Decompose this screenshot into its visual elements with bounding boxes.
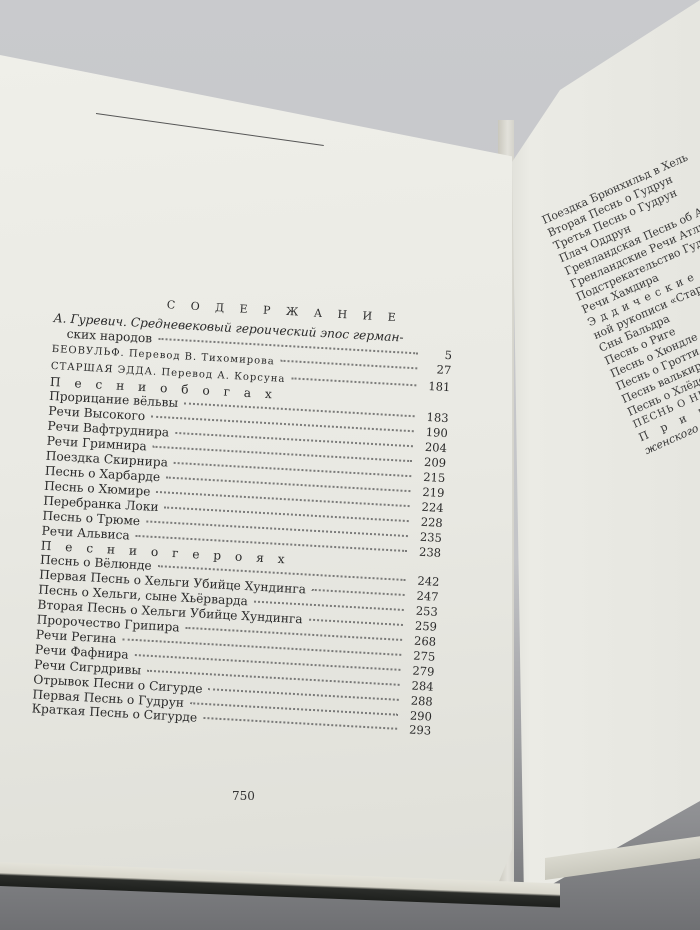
right-page [500, 0, 700, 900]
table-of-contents: С О Д Е Р Ж А Н И Е А. Гуревич. Средневе… [31, 292, 454, 739]
page-number: 750 [232, 789, 255, 803]
